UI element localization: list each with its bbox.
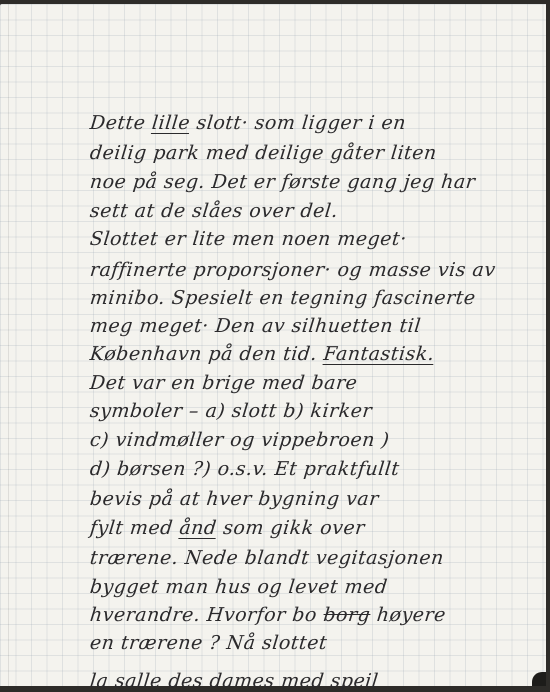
text-line: noe på seg. Det er første gang jeg har xyxy=(89,171,477,193)
text-span: meg meget· Den av silhuetten til xyxy=(89,315,422,337)
underlined-word: Fantastisk. xyxy=(323,343,436,365)
text-span: minibo. Spesielt en tegning fascinerte xyxy=(89,287,477,309)
text-line: sett at de slåes over del. xyxy=(89,200,339,222)
page-corner xyxy=(532,672,546,686)
text-span: symboler – a) slott b) kirker xyxy=(89,400,373,422)
text-line: en trærene ? Nå slottet xyxy=(89,632,328,654)
underlined-word: ånd xyxy=(178,517,218,539)
text-span: hverandre. Hvorfor bo xyxy=(89,604,325,626)
struck-word: borg xyxy=(322,604,371,626)
text-line: c) vindmøller og vippebroen ) xyxy=(89,429,391,451)
text-line: d) børsen ?) o.s.v. Et praktfullt xyxy=(89,458,401,480)
text-line: meg meget· Den av silhuetten til xyxy=(89,315,422,337)
text-line: Det var en brige med bare xyxy=(89,372,359,394)
text-span: la salle des dames med speil xyxy=(89,670,380,692)
text-span: fylt med xyxy=(89,517,181,539)
text-span: høyere xyxy=(369,604,447,626)
text-line: deilig park med deilige gåter liten xyxy=(89,142,438,164)
underlined-word: lille xyxy=(151,112,191,134)
text-line: København på den tid. Fantastisk. xyxy=(89,343,436,365)
text-line: bygget man hus og levet med xyxy=(89,576,389,598)
text-span: raffinerte proporsjoner· og masse vis av xyxy=(89,259,497,281)
text-span: d) børsen ?) o.s.v. Et praktfullt xyxy=(89,458,401,480)
text-line: symboler – a) slott b) kirker xyxy=(89,400,373,422)
text-span: slott· som ligger i en xyxy=(189,112,407,134)
text-span: Dette xyxy=(89,112,153,134)
text-span: en trærene ? Nå slottet xyxy=(89,632,328,654)
text-span: trærene. Nede blandt vegitasjonen xyxy=(89,547,445,569)
text-line: la salle des dames med speil xyxy=(89,670,380,692)
text-span: Slottet er lite men noen meget· xyxy=(89,228,408,250)
notebook-page: Dette lille slott· som ligger i endeilig… xyxy=(0,4,546,686)
text-span: c) vindmøller og vippebroen ) xyxy=(89,429,391,451)
text-line: Dette lille slott· som ligger i en xyxy=(89,112,407,134)
handwritten-text: Dette lille slott· som ligger i endeilig… xyxy=(0,4,546,686)
text-span: bevis på at hver bygning var xyxy=(89,488,380,510)
text-line: hverandre. Hvorfor bo borg høyere xyxy=(89,604,447,626)
text-line: raffinerte proporsjoner· og masse vis av xyxy=(89,259,497,281)
text-span: sett at de slåes over del. xyxy=(89,200,339,222)
text-span: deilig park med deilige gåter liten xyxy=(89,142,438,164)
text-span: Det var en brige med bare xyxy=(89,372,359,394)
text-line: minibo. Spesielt en tegning fascinerte xyxy=(89,287,477,309)
text-span: bygget man hus og levet med xyxy=(89,576,389,598)
text-line: trærene. Nede blandt vegitasjonen xyxy=(89,547,445,569)
text-span: som gikk over xyxy=(216,517,366,539)
text-line: Slottet er lite men noen meget· xyxy=(89,228,408,250)
text-span: København på den tid. xyxy=(89,343,325,365)
text-line: fylt med ånd som gikk over xyxy=(89,517,366,539)
text-span: noe på seg. Det er første gang jeg har xyxy=(89,171,477,193)
text-line: bevis på at hver bygning var xyxy=(89,488,380,510)
